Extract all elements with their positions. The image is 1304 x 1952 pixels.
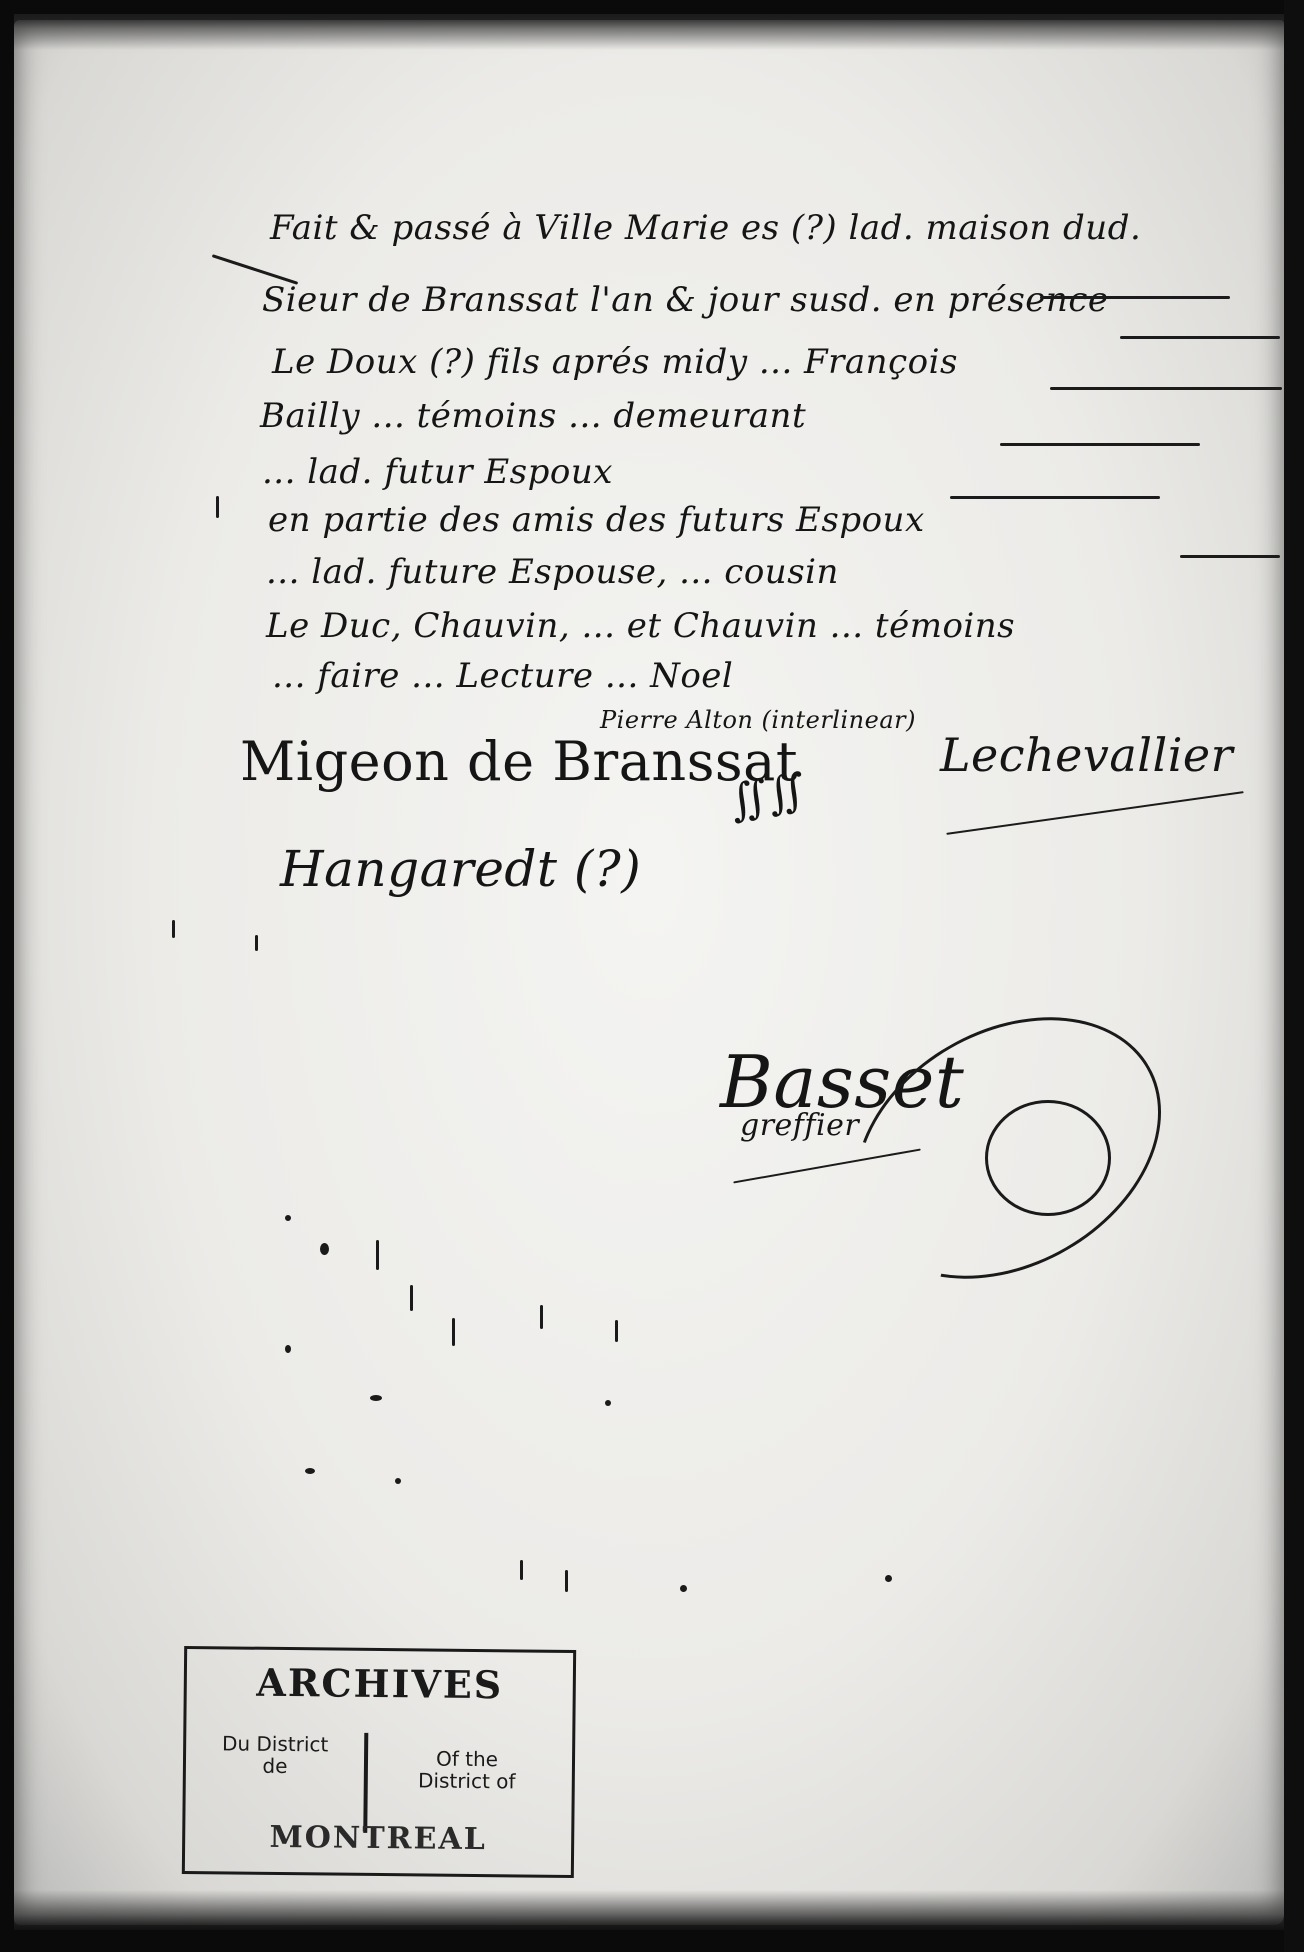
stamp-right-column: Of the District of (382, 1747, 552, 1793)
ink-speck (285, 1215, 291, 1221)
stamp-left-line-2: de (190, 1754, 360, 1778)
signature-migeon-de-branssat: Migeon de Branssat (240, 730, 798, 793)
ink-speck (452, 1318, 455, 1346)
ink-speck (376, 1240, 379, 1270)
signature-hangaredt: Hangaredt (?) (280, 840, 641, 898)
ink-speck (305, 1468, 315, 1474)
manuscript-line-7: ... lad. future Espouse, ... cousin (266, 552, 839, 592)
manuscript-line-3: Le Doux (?) fils aprés midy ... François (272, 342, 958, 382)
manuscript-line-8: Le Duc, Chauvin, ... et Chauvin ... témo… (266, 606, 1015, 646)
line-filler-4 (1050, 387, 1282, 390)
stamp-divider (363, 1733, 368, 1833)
stamp-right-line-1: Of the (382, 1747, 552, 1771)
ink-speck (680, 1585, 687, 1592)
manuscript-line-9: ... faire ... Lecture ... Noel (272, 656, 733, 696)
signature-title-greffier: greffier (740, 1108, 859, 1143)
ink-speck (615, 1320, 618, 1342)
torn-bottom-edge (14, 1890, 1284, 1930)
signature-lechevallier: Lechevallier (940, 728, 1233, 782)
scan-right-border (1284, 0, 1304, 1952)
stamp-bottom: MONTREAL (185, 1819, 571, 1858)
line-filler-7 (1180, 555, 1280, 558)
stamp-left-column: Du District de (190, 1732, 360, 1778)
line-filler-5 (1000, 443, 1200, 446)
torn-top-edge (14, 14, 1284, 50)
ink-speck (320, 1243, 329, 1255)
manuscript-line-5: ... lad. futur Espoux (262, 452, 613, 492)
line-filler-3 (1120, 336, 1280, 339)
manuscript-line-4: Bailly ... témoins ... demeurant (260, 396, 806, 436)
ink-speck (520, 1560, 523, 1580)
basset-paraph-inner-loop (985, 1100, 1111, 1216)
ink-speck (370, 1395, 382, 1401)
ink-speck (285, 1345, 291, 1353)
stamp-left-line-1: Du District (190, 1732, 360, 1756)
ink-speck (255, 935, 258, 951)
ink-speck (885, 1575, 892, 1582)
archives-stamp: ARCHIVES Du District de Of the District … (182, 1646, 576, 1878)
line-filler-2 (1040, 296, 1230, 299)
manuscript-line-1: Fait & passé à Ville Marie es (?) lad. m… (270, 208, 1141, 248)
stamp-right-line-2: District of (382, 1769, 552, 1793)
ink-speck (395, 1478, 401, 1484)
margin-mark (216, 496, 219, 518)
ink-speck (410, 1285, 413, 1311)
manuscript-line-2: Sieur de Branssat l'an & jour susd. en p… (262, 280, 1109, 320)
manuscript-line-6: en partie des amis des futurs Espoux (268, 500, 925, 540)
ink-speck (540, 1305, 543, 1329)
stamp-title: ARCHIVES (187, 1659, 573, 1708)
ink-speck (565, 1570, 568, 1592)
ink-speck (172, 920, 175, 938)
line-filler-6 (950, 496, 1160, 499)
ink-speck (605, 1400, 611, 1406)
